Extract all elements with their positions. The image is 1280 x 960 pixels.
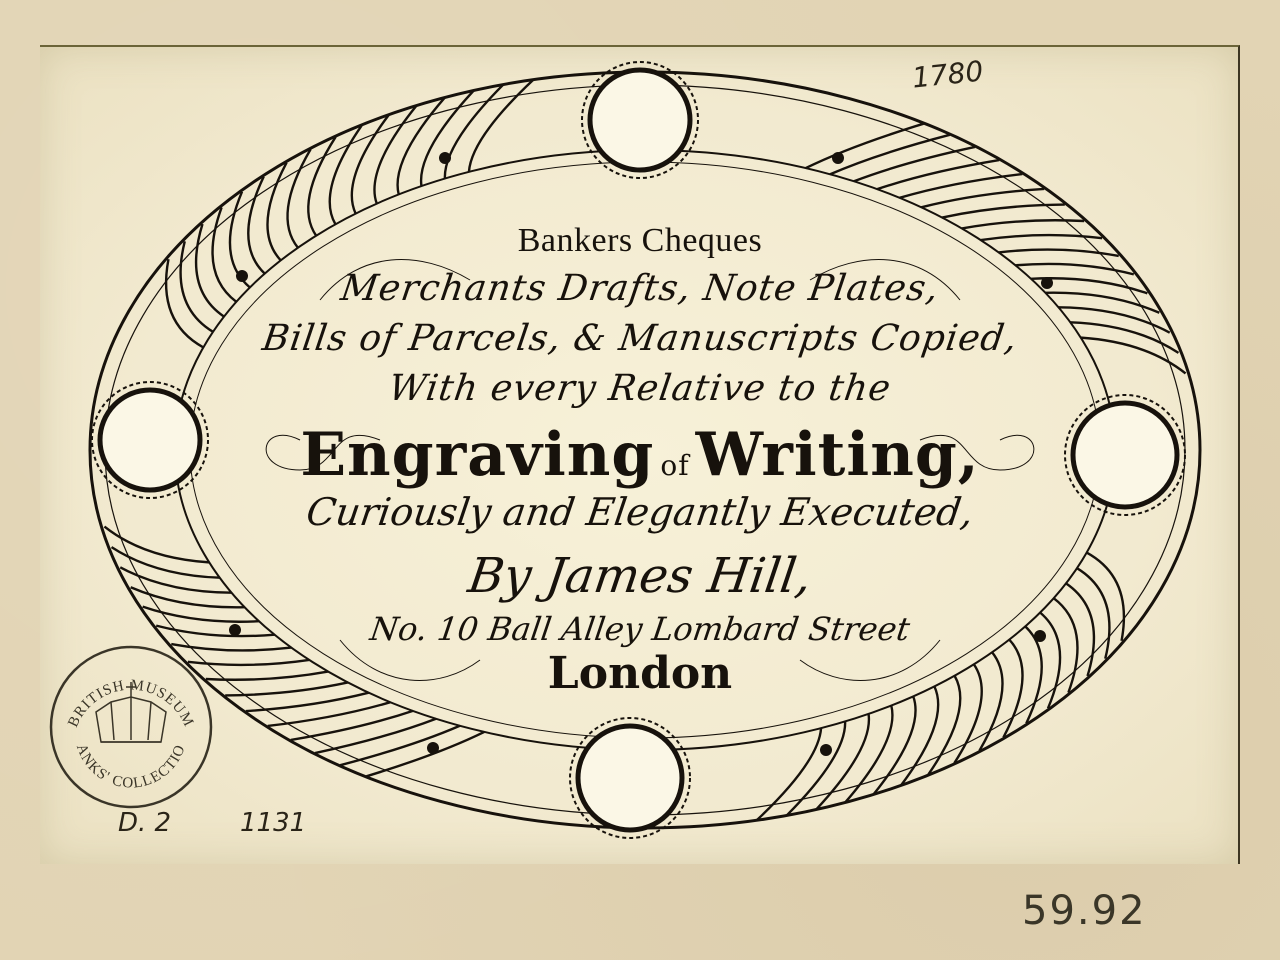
british-museum-stamp: BRITISH MUSEUM BANKS' COLLECTION: [46, 642, 216, 812]
word-of: of: [660, 449, 689, 482]
line-merchants-drafts: Merchants Drafts, Note Plates,: [0, 268, 1280, 309]
svg-text:BANKS' COLLECTION: BANKS' COLLECTION: [46, 642, 189, 792]
line-james-hill: By James Hill,: [0, 548, 1280, 604]
line-curiously-executed: Curiously and Elegantly Executed,: [0, 490, 1280, 534]
line-bills-of-parcels: Bills of Parcels, & Manuscripts Copied,: [0, 318, 1280, 359]
word-writing: Writing,: [696, 420, 980, 490]
handwritten-ref-number: 1131: [240, 808, 306, 838]
mount-number: 59.92: [1022, 888, 1147, 934]
stamp-bottom-text: BANKS' COLLECTION: [46, 642, 189, 792]
line-engraving-of-writing: EngravingofWriting,: [0, 420, 1280, 490]
heading-bankers-cheques: Bankers Cheques: [0, 222, 1280, 260]
handwritten-ref-left: D. 2: [118, 808, 171, 838]
line-every-relative: With every Relative to the: [0, 368, 1280, 409]
word-engraving: Engraving: [300, 420, 654, 490]
